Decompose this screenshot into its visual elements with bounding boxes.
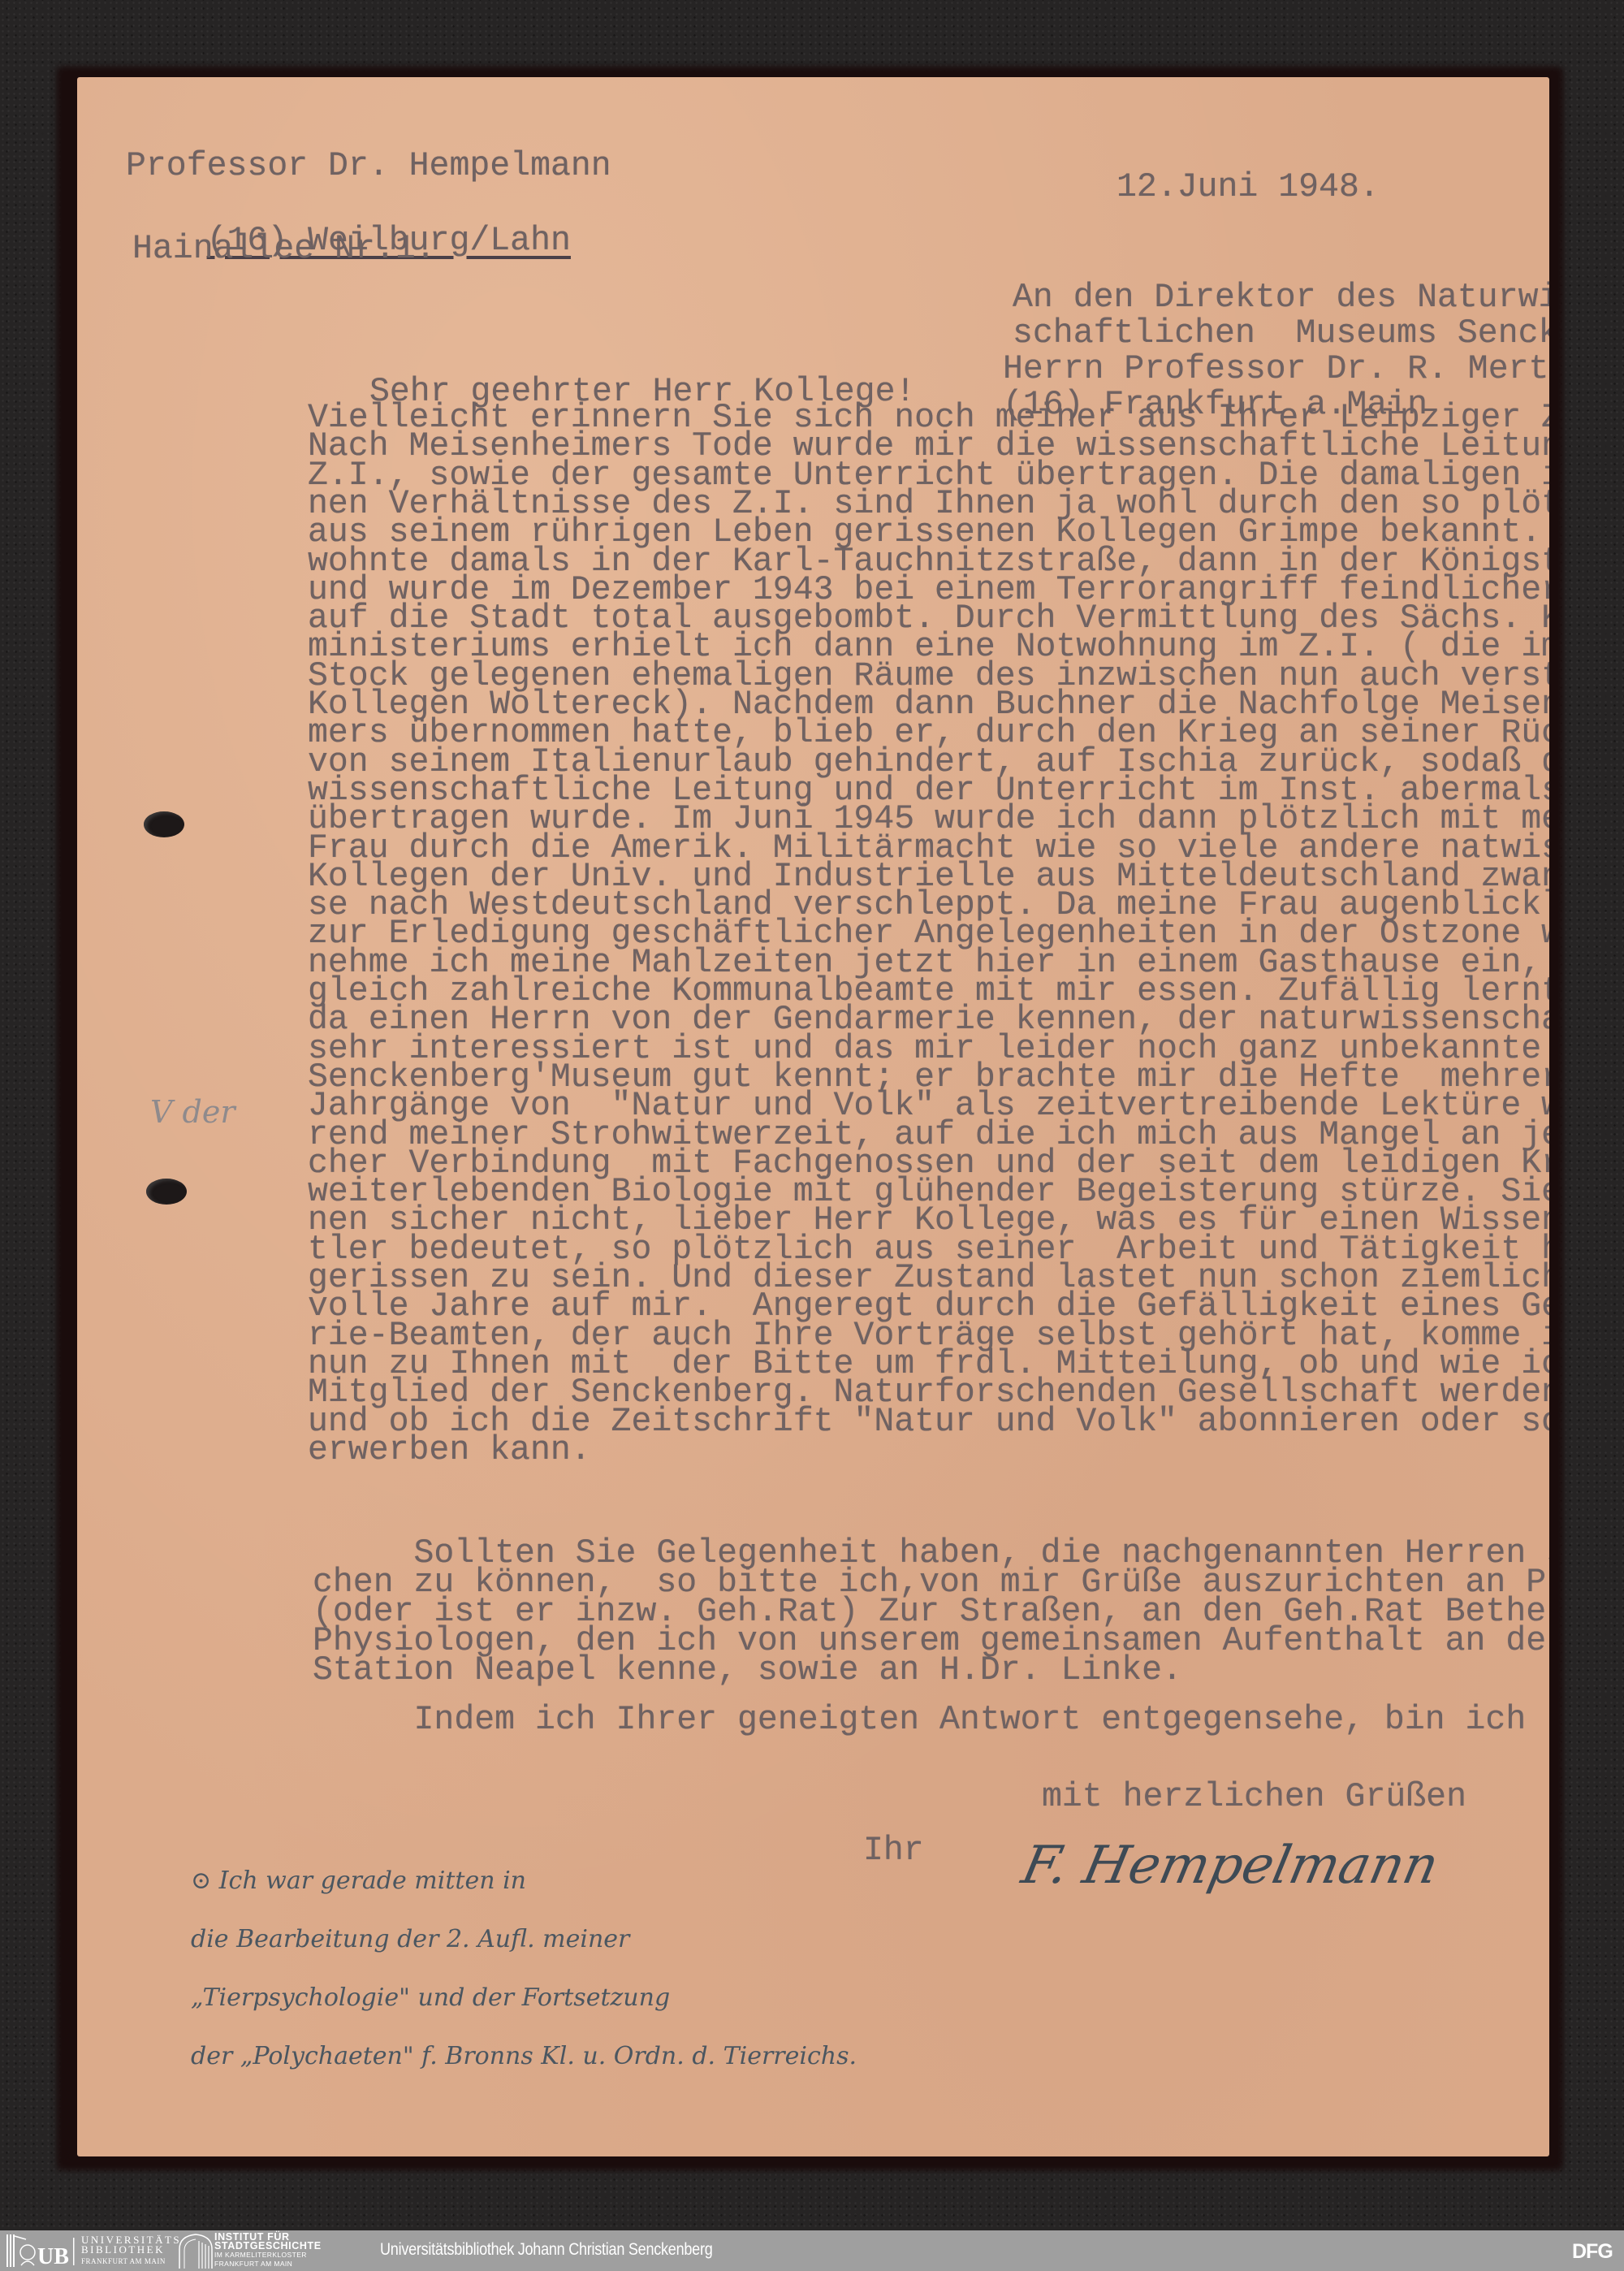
sender-street: Hainallee Nr.1. xyxy=(132,235,436,264)
margin-note: V der xyxy=(150,1094,235,1130)
recipient-line-3: Herrn Professor Dr. R. Mertens xyxy=(1003,352,1549,387)
sender-name: Professor Dr. Hempelmann xyxy=(126,152,611,181)
punch-hole-top xyxy=(144,811,184,837)
yours: Ihr xyxy=(863,1836,924,1866)
ub-line-3: FRANKFURT AM MAIN xyxy=(81,2256,181,2266)
ub-logo-icon: UB xyxy=(5,2233,86,2269)
recipient-line-1: An den Direktor des Naturwissen- xyxy=(1013,280,1549,316)
closing-line: Indem ich Ihrer geneigten Antwort entgeg… xyxy=(313,1706,1526,1735)
dfg-logo: DFG xyxy=(1572,2240,1613,2264)
handnote-line: der „Polychaeten" f. Bronns Kl. u. Ordn.… xyxy=(191,2027,857,2086)
handnote-line: „Tierpsychologie" und der Fortsetzung xyxy=(191,1969,670,2027)
letter-date: 12.Juni 1948. xyxy=(1116,173,1380,202)
svg-text:UB: UB xyxy=(37,2244,69,2269)
isg-line-2: STADTGESCHICHTE xyxy=(214,2242,322,2251)
footer-bar: UB UNIVERSITÄTS BIBLIOTHEK FRANKFURT AM … xyxy=(0,2230,1624,2271)
handnote-line: die Bearbeitung der 2. Aufl. meiner xyxy=(191,1910,629,1969)
isg-logo-text: INSTITUT FÜR STADTGESCHICHTE IM KARMELIT… xyxy=(214,2233,322,2269)
footer-library-title: Universitätsbibliothek Johann Christian … xyxy=(380,2240,712,2260)
isg-gothic-arch-icon xyxy=(176,2233,215,2269)
ub-logo-text: UNIVERSITÄTS BIBLIOTHEK FRANKFURT AM MAI… xyxy=(81,2235,181,2266)
isg-line-3: IM KARMELITERKLOSTER xyxy=(214,2251,322,2260)
signature: F. Hempelmann xyxy=(1017,1836,1444,1896)
para2-line: Station Neapel kenne, sowie an H.Dr. Lin… xyxy=(313,1656,1182,1685)
letter-page: Professor Dr. Hempelmann (16) Weilburg/L… xyxy=(77,77,1549,2156)
isg-line-4: FRANKFURT AM MAIN xyxy=(214,2260,322,2269)
body-line: erwerben kann. xyxy=(308,1436,591,1464)
handnote-line: ⊙ Ich war gerade mitten in xyxy=(191,1852,526,1910)
greeting: mit herzlichen Grüßen xyxy=(1042,1783,1466,1812)
ub-line-2: BIBLIOTHEK xyxy=(81,2245,181,2255)
punch-hole-bottom xyxy=(146,1179,187,1205)
recipient-line-2: schaftlichen Museums Senckenberg xyxy=(1013,316,1549,352)
